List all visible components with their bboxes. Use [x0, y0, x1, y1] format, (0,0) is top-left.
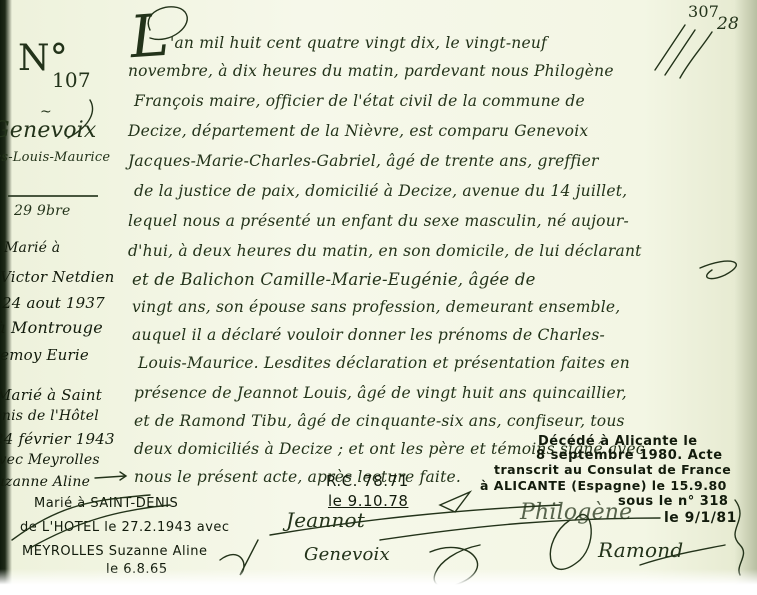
margin-divider	[8, 195, 98, 197]
margin-marriage-1-line-3: 24 aout 1937	[2, 294, 105, 312]
record-number: 107	[52, 68, 91, 92]
margin-marriage-2-line-2: Denis de l'Hôtel	[0, 408, 99, 424]
body-line-6: de la justice de paix, domicilié à Deciz…	[134, 182, 627, 200]
margin-marriage-2-line-4: avec Meyrolles	[0, 452, 100, 468]
signature-genevoix: Genevoix	[304, 544, 390, 565]
margin-date: 29 9bre	[14, 203, 71, 219]
margin-marriage-1-line-2: Victor Netdien	[0, 268, 115, 286]
death-note-line-3: transcrit au Consulat de France	[494, 462, 731, 477]
body-initial: L	[128, 1, 171, 72]
body-line-8: d'hui, à deux heures du matin, en son do…	[128, 242, 642, 260]
body-line-12: Louis-Maurice. Lesdites déclaration et p…	[138, 354, 630, 372]
body-line-13: présence de Jeannot Louis, âgé de vingt …	[134, 384, 627, 402]
death-note-line-4: à ALICANTE (Espagne) le 15.9.80	[480, 478, 727, 493]
bottom-marriage-line-3: MEYROLLES Suzanne Aline	[22, 544, 207, 559]
bottom-marriage-line-1: Marié à SAINT-DENIS	[34, 496, 178, 511]
body-line-4: Decize, département de la Nièvre, est co…	[128, 122, 588, 140]
body-line-3: François maire, officier de l'état civil…	[134, 92, 585, 110]
signature-jeannot: Jeannot	[286, 508, 365, 532]
body-line-11: auquel il a déclaré vouloir donner les p…	[132, 326, 605, 344]
body-line-1: 'an mil huit cent quatre vingt dix, le v…	[170, 34, 547, 52]
death-note-line-1: Décédé à Alicante le	[538, 434, 698, 449]
margin-marriage-1-line-1: Marié à	[4, 240, 60, 256]
body-line-2: novembre, à dix heures du matin, pardeva…	[128, 62, 614, 80]
scan-bottom-margin	[0, 569, 757, 595]
death-note-line-2: 8 septembre 1980. Acte	[536, 448, 723, 463]
margin-marriage-2-line-1: Marié à Saint	[0, 386, 102, 404]
signature-ramond: Ramond	[598, 538, 683, 562]
death-note-line-5: sous le n° 318	[618, 494, 728, 509]
body-line-7: lequel nous a présenté un enfant du sexe…	[128, 212, 629, 230]
body-line-16: nous le présent acte, après lecture fait…	[134, 468, 461, 486]
body-line-14: et de Ramond Tibu, âgé de cinquante-six …	[134, 412, 625, 430]
bottom-marriage-line-2: de L'HOTEL le 27.2.1943 avec	[20, 520, 230, 535]
body-line-5: Jacques-Marie-Charles-Gabriel, âgé de tr…	[128, 152, 599, 170]
death-note-line-6: le 9/1/81	[664, 510, 737, 526]
margin-marriage-2-line-5: Suzanne Aline	[0, 474, 90, 490]
document-scan: 307 28 N° 107 ~ Genevoix Charles-Louis-M…	[0, 0, 757, 595]
page-number-side: 28	[717, 14, 739, 34]
body-line-10: vingt ans, son épouse sans profession, d…	[132, 298, 620, 316]
margin-marriage-1-line-4: à Montrouge	[0, 318, 103, 337]
signature-philogene: Philogène	[520, 500, 632, 525]
rc-annotation-line-1: R.C. 78.71	[326, 472, 409, 490]
margin-surname: Genevoix	[0, 118, 97, 143]
body-line-9: et de Balichon Camille-Marie-Eugénie, âg…	[132, 270, 536, 289]
margin-marriage-1-line-5: Lemoy Eurie	[0, 346, 89, 364]
margin-marriage-2-line-3: 24 février 1943	[0, 430, 115, 448]
page-number-top: 307	[688, 2, 719, 21]
margin-given-names: Charles-Louis-Maurice	[0, 150, 110, 165]
